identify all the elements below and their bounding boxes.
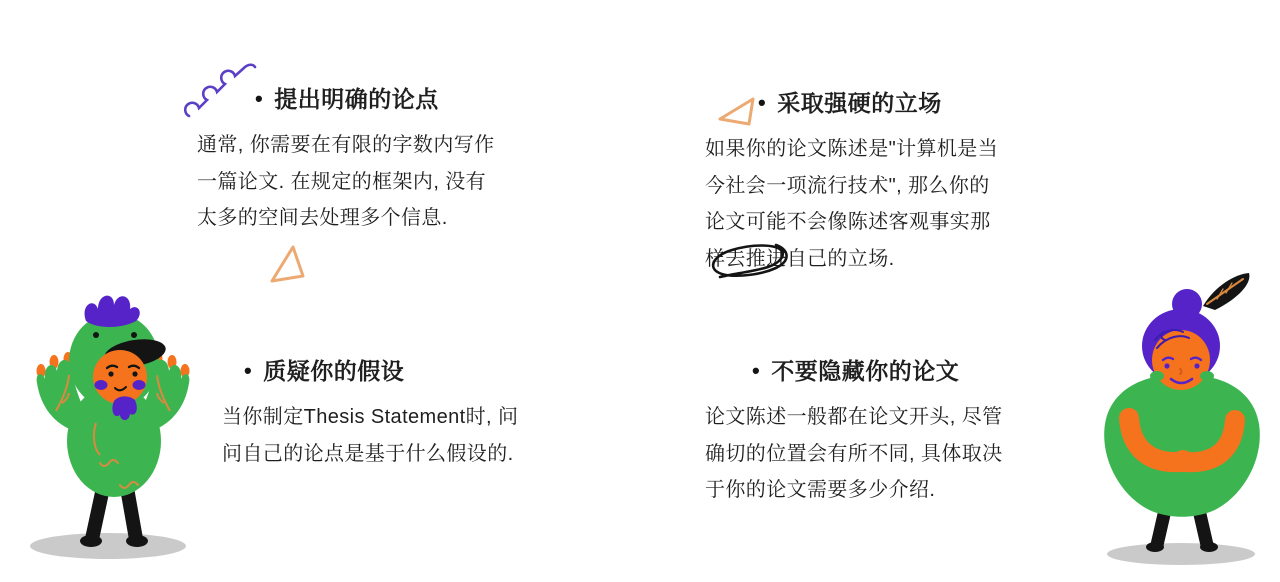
section-title: 质疑你的假设 — [263, 356, 404, 386]
section-body: 论文陈述一般都在论文开头, 尽管 确切的位置会有所不同, 具体取决 于你的论文需… — [705, 399, 1003, 509]
section-heading: • 质疑你的假设 — [244, 356, 518, 386]
section-heading: • 提出明确的论点 — [255, 84, 495, 114]
spiral-scribble-icon — [183, 52, 273, 120]
section-dont-hide-thesis: • 不要隐藏你的论文 论文陈述一般都在论文开头, 尽管 确切的位置会有所不同, … — [705, 356, 1003, 509]
bullet-icon: • — [244, 356, 252, 386]
character-shadow — [1107, 543, 1255, 565]
section-title: 不要隐藏你的论文 — [771, 356, 959, 386]
section-heading: • 采取强硬的立场 — [758, 88, 998, 118]
section-body: 通常, 你需要在有限的字数内写作 一篇论文. 在规定的框架内, 没有 太多的空间… — [197, 127, 495, 237]
bullet-icon: • — [758, 88, 766, 118]
triangle-doodle-icon — [263, 241, 311, 289]
character-shadow — [30, 533, 186, 559]
bullet-icon: • — [752, 356, 760, 386]
slide: • 提出明确的论点 通常, 你需要在有限的字数内写作 一篇论文. 在规定的框架内… — [0, 0, 1280, 582]
bird-costume-character-illustration — [8, 283, 218, 573]
section-question-assumptions: • 质疑你的假设 当你制定Thesis Statement时, 问 问自己的论点… — [222, 356, 518, 472]
section-body: 当你制定Thesis Statement时, 问 问自己的论点是基于什么假设的. — [222, 399, 518, 472]
triangle-doodle-icon — [716, 94, 758, 128]
section-heading: • 不要隐藏你的论文 — [752, 356, 1003, 386]
section-title: 提出明确的论点 — [274, 84, 439, 114]
section-title: 采取强硬的立场 — [777, 88, 942, 118]
oval-scribble-icon — [708, 239, 794, 283]
bun-feather-character-illustration — [1093, 272, 1271, 570]
